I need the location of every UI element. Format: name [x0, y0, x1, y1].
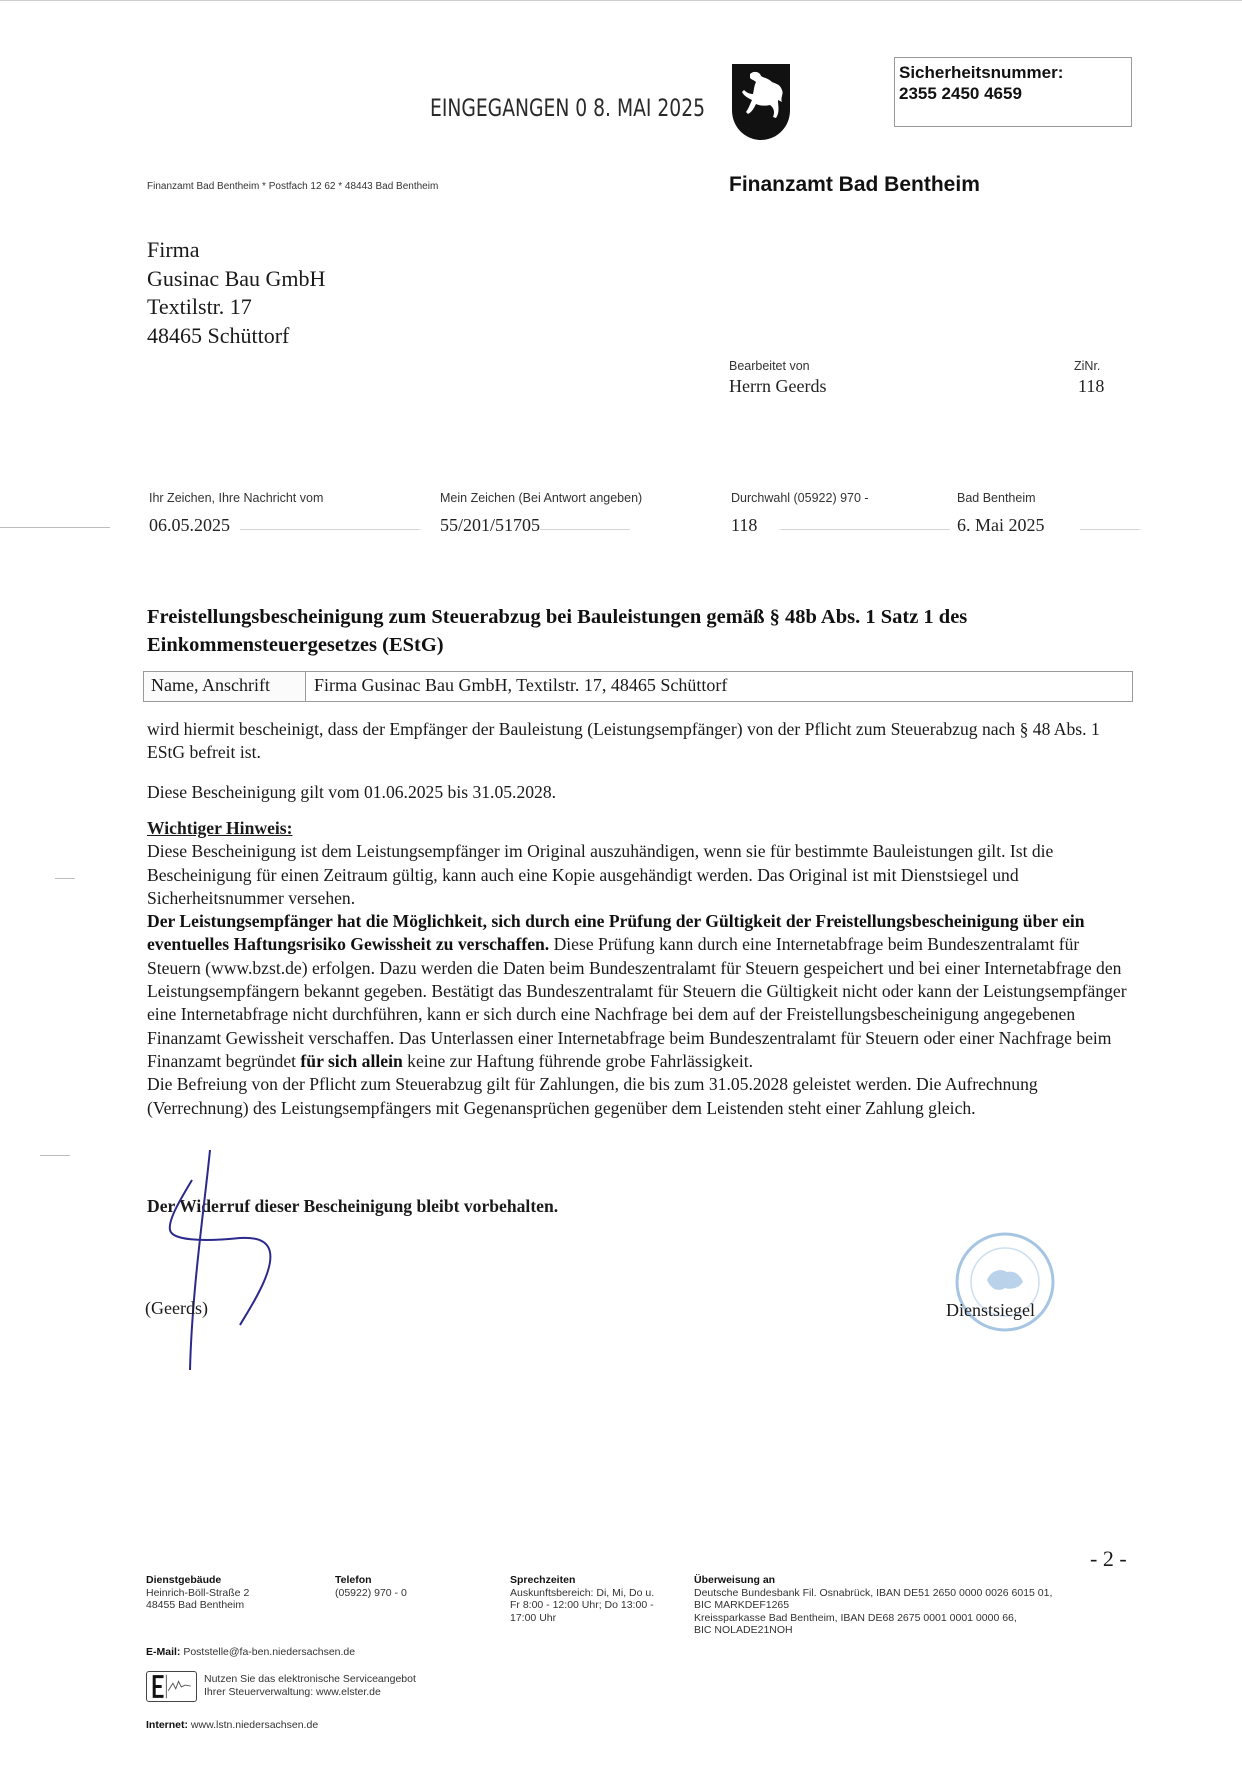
- footer-office-hours: Sprechzeiten Auskunftsbereich: Di, Mi, D…: [510, 1574, 654, 1624]
- name-address-label: Name, Anschrift: [144, 672, 306, 701]
- official-seal-icon: [945, 1222, 1065, 1342]
- reference-underline: [240, 529, 420, 530]
- security-number-value: 2355 2450 4659: [899, 83, 1127, 104]
- punch-mark: [40, 1155, 70, 1156]
- letter-date: 6. Mai 2025: [957, 515, 1045, 536]
- footer-phone: Telefon (05922) 970 - 0: [335, 1574, 407, 1599]
- footer-internet: Internet: www.lstn.niedersachsen.de: [146, 1719, 318, 1732]
- direct-dial-label: Durchwahl (05922) 970 -: [731, 491, 869, 505]
- my-reference-value: 55/201/51705: [440, 515, 540, 536]
- email-link[interactable]: Poststelle@fa-ben.niedersachsen.de: [183, 1646, 355, 1658]
- footer-email: E-Mail: Poststelle@fa-ben.niedersachsen.…: [146, 1646, 355, 1659]
- recipient-line: Gusinac Bau GmbH: [147, 265, 325, 294]
- room-number-value: 118: [1078, 376, 1104, 397]
- lower-saxony-horse-crest-icon: [730, 60, 792, 142]
- fold-mark: [55, 878, 75, 879]
- processed-by-name: Herrn Geerds: [729, 376, 826, 397]
- reference-underline: [780, 529, 950, 530]
- footer-hours-label: Sprechzeiten: [510, 1574, 575, 1586]
- room-number-label: ZiNr.: [1074, 359, 1100, 373]
- notice-heading: Wichtiger Hinweis:: [147, 817, 1132, 840]
- page-top-edge: [0, 0, 1242, 1]
- notice-paragraph: Diese Bescheinigung ist dem Leistungsemp…: [147, 840, 1132, 910]
- validity-period: Diese Bescheinigung gilt vom 01.06.2025 …: [147, 781, 1132, 804]
- notice-paragraph: Die Befreiung von der Pflicht zum Steuer…: [147, 1073, 1132, 1120]
- office-name: Finanzamt Bad Bentheim: [729, 173, 980, 197]
- recipient-address: Firma Gusinac Bau GmbH Textilstr. 17 484…: [147, 236, 325, 350]
- reference-underline: [540, 529, 630, 530]
- name-address-table: Name, Anschrift Firma Gusinac Bau GmbH, …: [143, 671, 1133, 702]
- security-number-label: Sicherheitsnummer:: [899, 62, 1127, 83]
- my-reference-label: Mein Zeichen (Bei Antwort angeben): [440, 491, 642, 505]
- important-notice: Wichtiger Hinweis: Diese Bescheinigung i…: [147, 817, 1132, 1120]
- footer-phone-label: Telefon: [335, 1574, 372, 1586]
- handwritten-signature: [140, 1150, 320, 1380]
- processed-by-label: Bearbeitet von: [729, 359, 810, 373]
- footer-building: Dienstgebäude Heinrich-Böll-Straße 2 484…: [146, 1574, 249, 1612]
- received-stamp: EINGEGANGEN 0 8. MAI 2025: [430, 94, 705, 122]
- exemption-statement: wird hiermit bescheinigt, dass der Empfä…: [147, 718, 1132, 765]
- footer-building-label: Dienstgebäude: [146, 1574, 221, 1586]
- internet-link[interactable]: www.lstn.niedersachsen.de: [191, 1719, 318, 1731]
- notice-paragraph: Der Leistungsempfänger hat die Möglichke…: [147, 910, 1132, 1073]
- recipient-line: Firma: [147, 236, 325, 265]
- seal-label: Dienstsiegel: [946, 1300, 1035, 1321]
- sender-return-address: Finanzamt Bad Bentheim * Postfach 12 62 …: [147, 181, 438, 192]
- your-reference-value: 06.05.2025: [149, 515, 230, 536]
- document-title: Freistellungsbescheinigung zum Steuerabz…: [147, 603, 1127, 659]
- security-number-box: Sicherheitsnummer: 2355 2450 4659: [894, 57, 1132, 127]
- recipient-line: Textilstr. 17: [147, 293, 325, 322]
- footer-elster-note: Nutzen Sie das elektronische Serviceange…: [204, 1673, 416, 1698]
- footer-bank-details: Überweisung an Deutsche Bundesbank Fil. …: [694, 1574, 1052, 1637]
- footer-bank-label: Überweisung an: [694, 1574, 775, 1586]
- direct-dial-value: 118: [731, 515, 757, 536]
- notice-bold-text: für sich allein: [300, 1051, 402, 1071]
- reference-underline: [1080, 529, 1140, 530]
- your-reference-label: Ihr Zeichen, Ihre Nachricht vom: [149, 491, 323, 505]
- fold-mark: [0, 527, 110, 528]
- recipient-line: 48465 Schüttorf: [147, 322, 325, 351]
- signer-name: (Geerds): [145, 1298, 208, 1319]
- place-label: Bad Bentheim: [957, 491, 1036, 505]
- page-number: - 2 -: [1090, 1546, 1127, 1572]
- elster-logo-icon: [146, 1671, 197, 1702]
- name-address-value: Firma Gusinac Bau GmbH, Textilstr. 17, 4…: [306, 672, 735, 701]
